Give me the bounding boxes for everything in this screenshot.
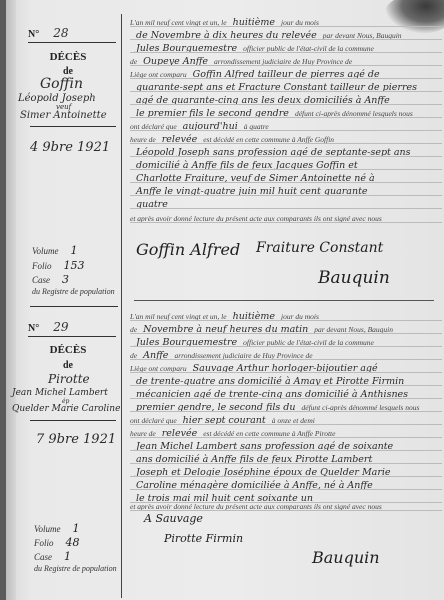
divider <box>28 336 116 337</box>
de-label: de <box>16 360 120 371</box>
officer-signature: Bauquin <box>312 548 380 567</box>
registry-label: du Registre de population <box>32 287 115 296</box>
divider <box>30 126 116 127</box>
record-text-line: quatre <box>130 194 442 209</box>
witness-signature-1: A Sauvage <box>144 512 203 525</box>
witness-signature-2: Fraiture Constant <box>256 240 383 256</box>
closing-line: et après avoir donné lecture du présent … <box>130 208 442 223</box>
margin-divider <box>121 14 122 598</box>
case-field: Case1 <box>34 550 71 563</box>
divider <box>30 420 116 421</box>
witness-signature-2: Pirotte Firmin <box>164 532 243 545</box>
death-date: 7 9bre 1921 <box>36 432 116 447</box>
death-date: 4 9bre 1921 <box>30 140 110 155</box>
record-number: N°28 <box>28 26 69 40</box>
closing-line: et après avoir donné lecture du présent … <box>130 496 442 511</box>
deces-heading: DÉCÈS <box>16 51 120 63</box>
folio-field: Folio153 <box>32 259 85 272</box>
deceased-surname: Pirotte <box>48 372 90 386</box>
previous-page-edge <box>6 0 16 600</box>
case-field: Case3 <box>32 273 69 286</box>
registry-label: du Registre de population <box>34 564 117 573</box>
spouse-name: Simer Antoinette <box>20 110 107 121</box>
witness-signature-1: Goffin Alfred <box>136 240 240 259</box>
record-separator <box>30 306 118 307</box>
record-number: N°29 <box>28 320 69 334</box>
volume-field: Volume1 <box>34 522 80 535</box>
officer-signature: Bauquin <box>318 268 390 288</box>
volume-field: Volume1 <box>32 244 78 257</box>
folio-field: Folio48 <box>34 536 80 549</box>
deceased-given-names: Jean Michel Lambert <box>12 388 108 398</box>
deceased-surname: Goffin <box>40 76 83 92</box>
register-page: N°28 DÉCÈS de Goffin Léopold Joseph veuf… <box>6 0 444 600</box>
divider <box>28 42 116 43</box>
spouse-name: Quelder Marie Caroline <box>12 404 120 414</box>
deces-heading: DÉCÈS <box>16 344 120 356</box>
record-separator <box>134 300 434 301</box>
